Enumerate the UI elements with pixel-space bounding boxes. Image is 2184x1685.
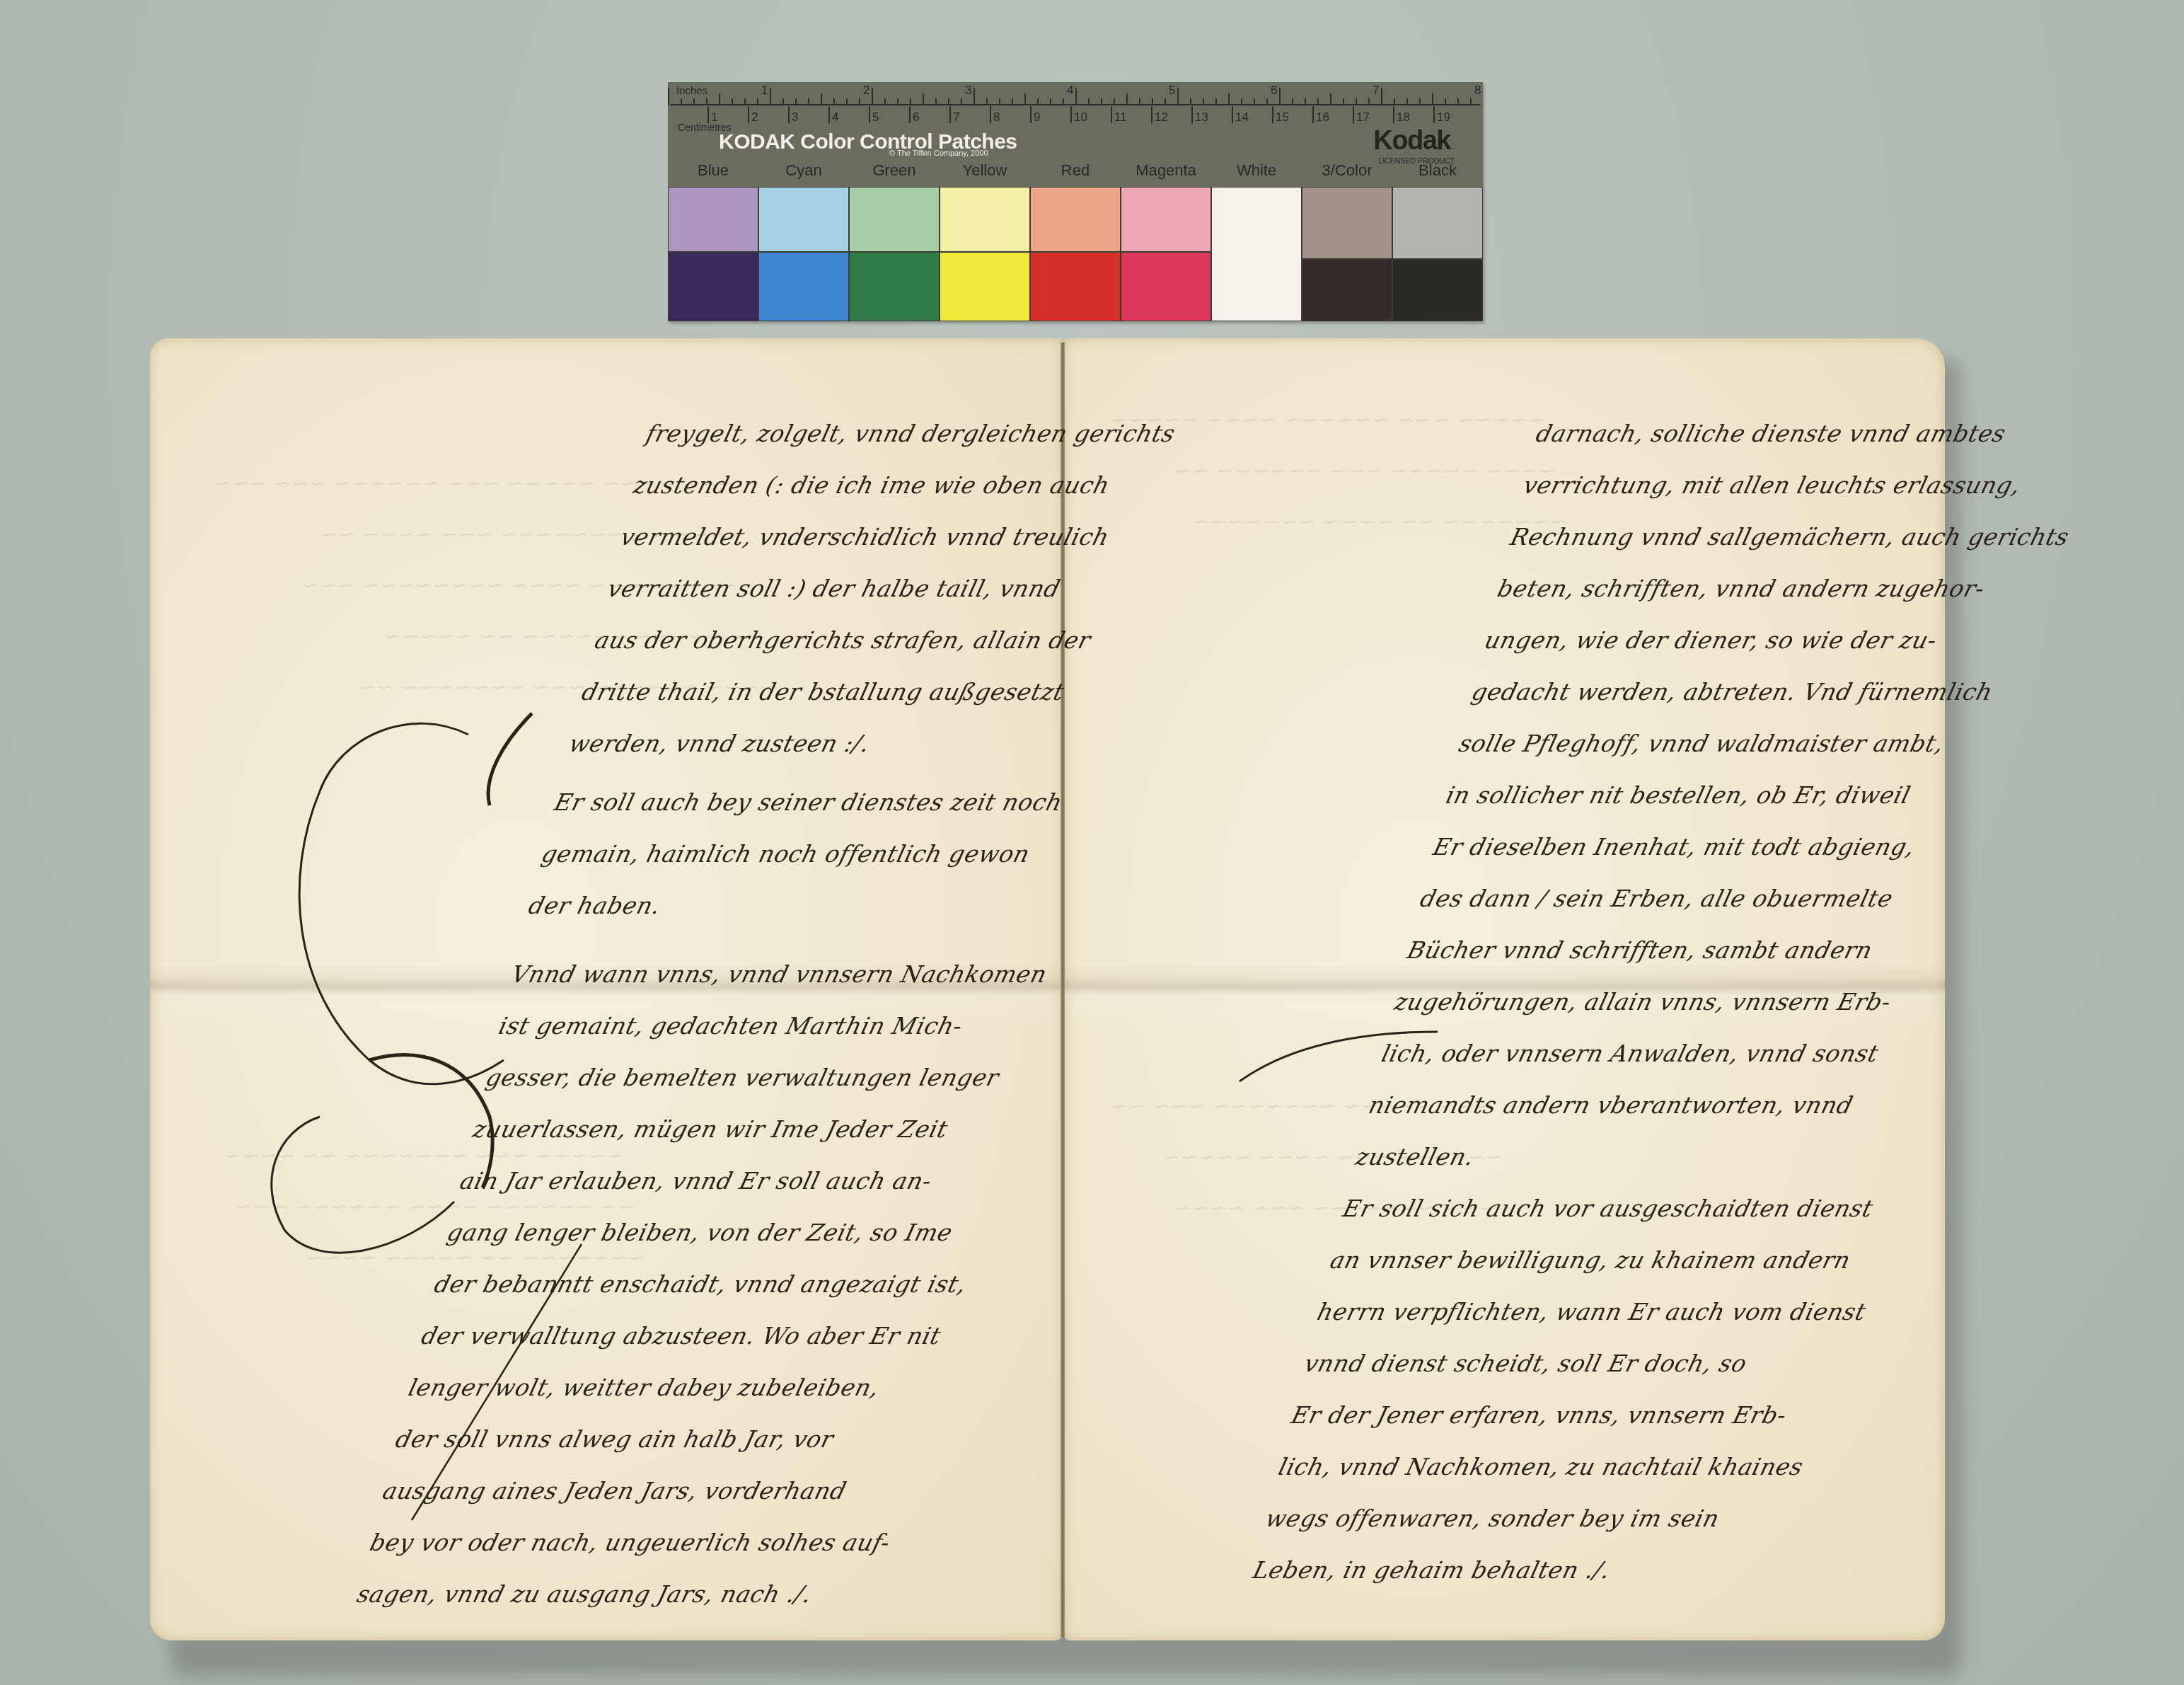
inch-tick [1279,88,1281,105]
inch-tick [757,98,758,105]
manuscript-line: in sollicher nit bestellen, ob Er, diwei… [1440,769,2011,821]
inch-tick [732,98,733,105]
cm-tick [1393,106,1394,123]
patch-magenta-dark [1121,252,1211,321]
inch-tick [1432,93,1433,105]
inch-tick [1075,88,1077,105]
cm-number: 11 [1114,110,1127,125]
inch-tick [1063,98,1064,105]
patch-label-green: Green [849,161,940,180]
inch-tick [1190,98,1191,105]
inch-tick [719,93,720,105]
inch-tick [999,98,1000,105]
inch-number: 6 [1271,84,1277,98]
patch-label-magenta: Magenta [1121,161,1211,180]
manuscript-line: vnnd dienst scheidt, soll Er doch, so [1298,1338,1868,1389]
inch-tick [1215,98,1217,105]
patch-3-color-light [1302,187,1392,259]
manuscript-line: herrn verpflichten, wann Er auch vom die… [1312,1286,1882,1338]
cm-tick [1433,106,1435,123]
inch-tick [795,98,797,105]
cm-number: 18 [1397,110,1410,125]
inch-tick [897,98,899,105]
inch-tick [1266,98,1268,105]
cm-tick [1030,106,1032,123]
paragraph: freygelt, zolgelt, vnnd dergleichen geri… [563,408,1187,769]
inch-tick [910,98,911,105]
manuscript-line: gedacht werden, abtreten. Vnd fürnemlich [1466,666,2036,718]
inch-number: 1 [761,84,768,98]
cm-tick [869,106,870,123]
patch-label-cyan: Cyan [758,161,849,180]
cm-tick [1151,106,1152,123]
inch-tick [1050,98,1051,105]
inch-number: 8 [1474,84,1481,98]
inch-number: 4 [1067,84,1073,98]
inch-tick [1381,88,1382,105]
cm-tick [1272,106,1273,123]
cm-tick [707,106,709,123]
manuscript-line: lich, oder vnnsern Anwalden, vnnd sonst [1376,1028,1946,1079]
manuscript-line: zugehörungen, allain vnns, vnnsern Erb- [1389,976,1959,1028]
cm-number: 2 [751,110,758,125]
inch-tick [1419,98,1421,105]
color-patches [668,187,1483,321]
inch-tick [1101,98,1102,105]
inch-tick [973,88,975,105]
paragraph: Er soll sich auch vor ausgeschaidten die… [1247,1183,1908,1596]
inch-tick [770,88,771,105]
patch-blue-dark [668,252,758,321]
inch-tick [859,98,860,105]
inch-tick [782,98,784,105]
cm-tick [1070,106,1072,123]
cm-number: 8 [993,110,1000,125]
inch-tick [1114,98,1115,105]
cm-tick [1232,106,1233,123]
manuscript-line: an vnnser bewilligung, zu khainem andern [1324,1234,1895,1286]
manuscript-line: dritte thail, in der bstallung außgesetz… [576,666,1123,718]
manuscript-line: wegs offenwaren, sonder bey im sein [1260,1493,1830,1544]
inch-tick [821,93,822,105]
inch-tick [1305,98,1306,105]
manuscript-line: verrichtung, mit allen leuchts erlassung… [1518,459,2088,511]
manuscript-line: ungen, wie der diener, so wie der zu- [1479,614,2049,666]
patch-green-dark [849,252,940,321]
kodak-logo: Kodak [1373,126,1450,156]
inches-label: Inches [676,85,707,97]
inch-tick [706,98,707,105]
manuscript-line: Rechnung vnnd sallgemächern, auch gerich… [1505,511,2075,563]
inch-tick [1394,98,1395,105]
inch-tick [872,88,873,105]
cm-tick [909,106,911,123]
inch-tick [693,98,695,105]
patch-label-black: Black [1392,161,1483,180]
manuscript-line: lich, vnnd Nachkomen, zu nachtail khaine… [1273,1441,1843,1493]
manuscript-line: solle Pfleghoff, vnnd waldmaister ambt, [1453,718,2023,769]
manuscript-line: niemandts andern vberantworten, vnnd [1363,1079,1933,1131]
inch-tick [1203,98,1204,105]
manuscript-line: verraitten soll :) der halbe taill, vnnd [602,563,1149,614]
inch-tick [1356,98,1357,105]
manuscript-line: Er soll sich auch vor ausgeschaidten die… [1337,1183,1907,1234]
inch-tick [808,98,809,105]
inch-tick [1317,98,1319,105]
cm-number: 13 [1195,110,1208,125]
pen-stroke-icon [405,1237,589,1534]
manuscript-line: vermeldet, vnderschidlich vnnd treulich [615,511,1162,563]
manuscript-line: werden, vnnd zusteen :/. [563,718,1110,769]
patch-black-dark [1392,259,1483,321]
inch-tick [681,98,682,105]
cm-tick [788,106,790,123]
patch-blue-light [668,187,758,252]
patch-label-blue: Blue [668,161,758,180]
manuscript-line: freygelt, zolgelt, vnnd dergleichen geri… [640,408,1187,459]
cm-tick [828,106,830,123]
patch-yellow-light [940,187,1030,252]
inch-tick [1292,98,1293,105]
inch-tick [948,98,949,105]
inch-tick [884,98,886,105]
manuscript-line: beten, schrifften, vnnd andern zugehor- [1492,563,2062,614]
inch-tick [744,98,746,105]
manuscript-line: sagen, vnnd zu ausgang Jars, nach ./. [351,1568,898,1620]
cm-tick [748,106,749,123]
initial-flourish-icon [235,692,631,1301]
cm-number: 17 [1356,110,1370,125]
copyright-text: © The Tiffen Company, 2000 [889,149,988,158]
inch-tick [1088,98,1090,105]
inch-tick [1165,98,1166,105]
inch-tick [833,98,835,105]
patch-green-light [849,187,940,252]
inch-tick [1152,98,1153,105]
patch-label-white: White [1211,161,1302,180]
patch-black-light [1392,187,1483,259]
cm-number: 6 [913,110,919,125]
cm-number: 14 [1235,110,1249,125]
inch-tick [846,98,848,105]
patch-red-light [1030,187,1121,252]
manuscript-line: Leben, in gehaim behalten ./. [1247,1544,1818,1596]
manuscript-line: darnach, solliche dienste vnnd ambtes [1530,408,2101,459]
inch-tick [1254,98,1255,105]
inch-tick [1241,98,1242,105]
manuscript-line: des dann / sein Erben, alle obuermelte [1414,873,1984,924]
inch-tick [986,98,988,105]
manuscript-line: zustenden (: die ich ime wie oben auch [628,459,1174,511]
inch-number: 3 [965,84,971,98]
cm-tick [990,106,991,123]
inch-tick [1457,98,1459,105]
patch-yellow-dark [940,252,1030,321]
cm-tick [1191,106,1193,123]
inch-tick [961,98,962,105]
manuscript-line: Er der Jener erfaren, vnns, vnnsern Erb- [1285,1389,1856,1441]
inch-tick [935,98,937,105]
inch-tick [668,88,669,105]
inch-number: 5 [1169,84,1175,98]
patch-magenta-light [1121,187,1211,252]
manuscript-line: aus der oberhgerichts strafen, allain de… [589,614,1136,666]
cm-number: 16 [1316,110,1329,125]
cm-number: 15 [1276,110,1289,125]
inch-tick [1470,98,1472,105]
inch-tick [1406,98,1408,105]
manuscript-line: zustellen. [1350,1131,1920,1183]
patch-label-3-color: 3/Color [1302,161,1392,180]
inch-tick [1177,88,1179,105]
inch-tick [1368,98,1370,105]
patch-cyan-dark [758,252,849,321]
inch-number: 2 [863,84,869,98]
cm-number: 7 [953,110,959,125]
patch-3-color-dark [1302,259,1392,321]
cm-number: 19 [1437,110,1450,125]
manuscript-line: Er dieselben Inenhat, mit todt abgieng, [1428,821,1998,873]
cm-tick [1111,106,1112,123]
inch-tick [1037,98,1039,105]
inch-number: 7 [1373,84,1379,98]
kodak-color-control-strip: Inches 12345678 123456789101112131415161… [668,82,1483,321]
initial-flourish-icon [1232,1018,1445,1088]
inch-tick [1330,93,1331,105]
inch-tick [1126,93,1128,105]
cm-number: 10 [1074,110,1087,125]
manuscript-line: Bücher vnnd schrifften, sambt andern [1402,924,1972,976]
patch-label-yellow: Yellow [940,161,1030,180]
patch-label-red: Red [1030,161,1121,180]
cm-number: 12 [1155,110,1168,125]
inch-tick [1139,98,1140,105]
patch-cyan-light [758,187,849,252]
cm-number: 5 [872,110,879,125]
inch-tick [1228,93,1230,105]
inch-tick [1343,98,1344,105]
patch-red-dark [1030,252,1121,321]
inch-tick [1445,98,1446,105]
manuscript-spread: ~~~ ~~~~ ~~~~~ ~~~ ~~~~~~ ~~~ ~~~~~~~ ~~… [150,338,1947,1655]
cm-tick [949,106,951,123]
patch-white [1211,187,1302,321]
cm-tick [1353,106,1354,123]
cm-number: 4 [832,110,838,125]
cm-tick [1312,106,1314,123]
inch-tick [923,93,924,105]
cm-number: 9 [1034,110,1040,125]
inch-tick [1024,93,1026,105]
patch-labels: BlueCyanGreenYellowRedMagentaWhite3/Colo… [668,161,1483,185]
inch-tick [1012,98,1013,105]
cm-number: 3 [792,110,798,125]
